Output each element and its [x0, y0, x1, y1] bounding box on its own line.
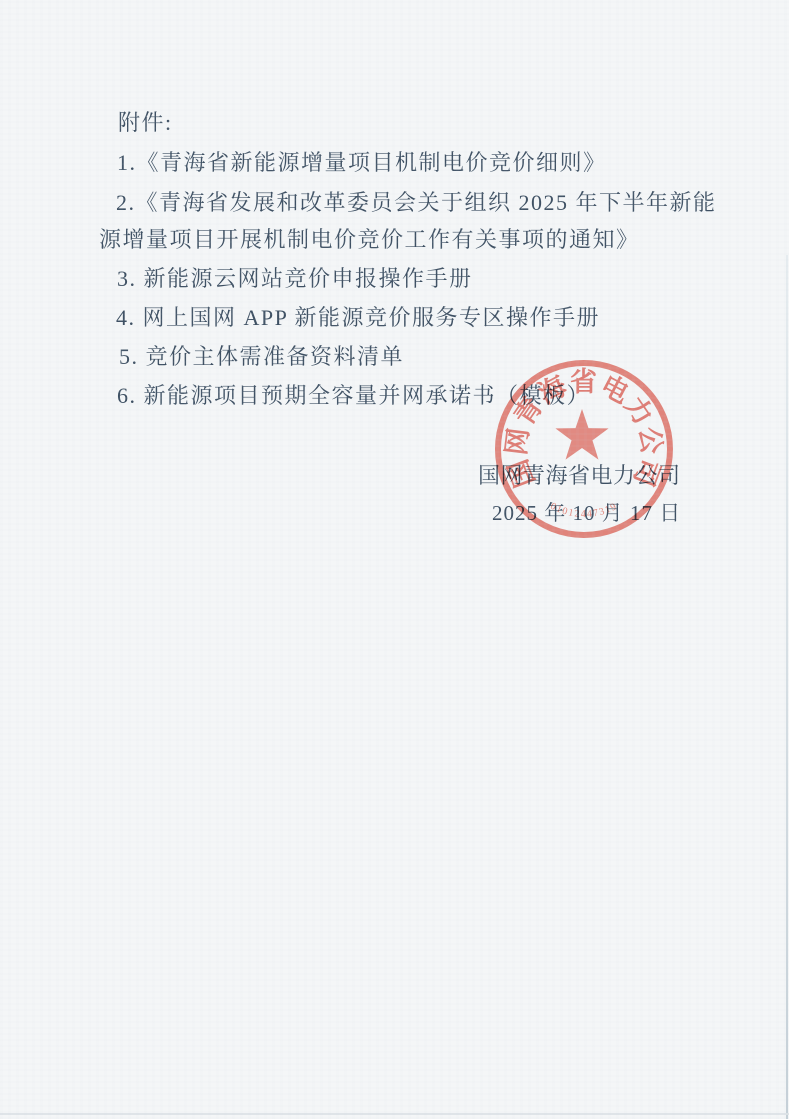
attachment-item-5: 5. 竞价主体需准备资料清单 — [119, 342, 404, 372]
attachment-item-1: 1.《青海省新能源增量项目机制电价竞价细则》 — [117, 148, 607, 178]
attachment-item-3: 3. 新能源云网站竞价申报操作手册 — [117, 264, 473, 294]
scanned-document-page: 附件: 1.《青海省新能源增量项目机制电价竞价细则》 2.《青海省发展和改革委员… — [0, 0, 789, 1119]
attachment-item-2: 2.《青海省发展和改革委员会关于组织 2025 年下半年新能 — [116, 188, 717, 218]
svg-text:01012447319: 01012447319 — [548, 501, 619, 520]
attachment-label: 附件: — [118, 108, 173, 138]
attachment-item-4: 4. 网上国网 APP 新能源竞价服务专区操作手册 — [116, 303, 600, 333]
star-icon — [555, 409, 608, 460]
attachment-item-2-continuation: 源增量项目开展机制电价竞价工作有关事项的通知》 — [99, 225, 640, 255]
official-red-seal: 国网青海省电力公司 01012447319 — [487, 352, 681, 546]
scan-edge-bottom — [0, 1113, 789, 1115]
scan-edge-right — [786, 255, 788, 1119]
seal-serial-number: 01012447319 — [548, 501, 619, 520]
